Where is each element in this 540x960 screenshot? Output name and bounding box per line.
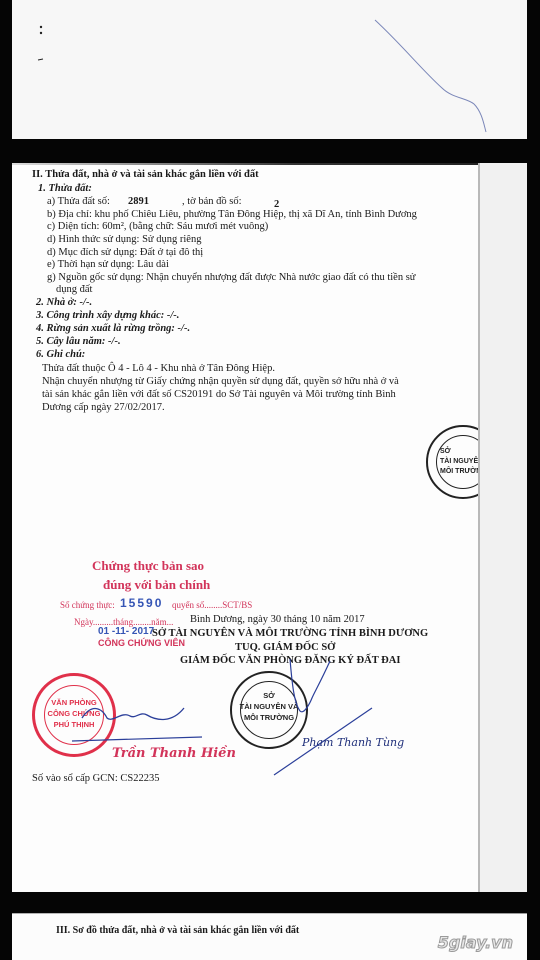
parcel-number-label: a) Thửa đất số: [47, 196, 110, 208]
page-fold [478, 163, 527, 892]
certification-number: 15590 [120, 597, 163, 609]
stamp-line: VĂN PHÒNG [51, 698, 96, 707]
section-2-heading: II. Thửa đất, nhà ở và tài sản khác gắn … [32, 169, 259, 181]
usage-form: d) Hình thức sử dụng: Sử dụng riêng [47, 234, 201, 246]
notary-signature-name: Trần Thanh Hiền [112, 746, 236, 761]
pen-stroke-icon [12, 0, 527, 139]
previous-page-fragment [12, 0, 527, 139]
usage-term: e) Thời hạn sử dụng: Lâu dài [47, 259, 169, 271]
notes-title: 6. Ghi chú: [36, 349, 85, 361]
note-line: Nhận chuyển nhượng từ Giấy chứng nhận qu… [42, 376, 399, 388]
notary-office-seal: VĂN PHÒNG CÔNG CHỨNG PHÚ THỊNH [32, 673, 116, 757]
usage-origin: g) Nguồn gốc sử dụng: Nhận chuyển nhượng… [47, 272, 416, 284]
fold-overlay [478, 418, 527, 508]
other-construction-item: 3. Công trình xây dựng khác: -/-. [36, 310, 179, 322]
parcel-number-value: 2891 [128, 196, 149, 208]
stamp-line: MÔI TRƯỜNG [244, 713, 294, 722]
area: c) Diện tích: 60m², (bằng chữ: Sáu mươi … [47, 221, 268, 233]
forest-item: 4. Rừng sản xuất là rừng trồng: -/-. [36, 323, 190, 335]
department-seal: SỞ TÀI NGUYÊN VÀ MÔI TRƯỜNG [230, 671, 308, 749]
note-line: tài sản khác gắn liền với đất số CS20191… [42, 389, 396, 401]
note-line: Thửa đất thuộc Ô 4 - Lô 4 - Khu nhà ở Tâ… [42, 363, 275, 375]
place-date: Bình Dương, ngày 30 tháng 10 năm 2017 [190, 614, 365, 626]
issuing-department: SỞ TÀI NGUYÊN VÀ MÔI TRƯỜNG TỈNH BÌNH DƯ… [152, 628, 428, 640]
usage-origin-cont: dụng đất [56, 284, 92, 296]
note-line: Dương cấp ngày 27/02/2017. [42, 402, 165, 414]
usage-purpose: d) Mục đích sử dụng: Đất ở tại đô thị [47, 247, 203, 259]
house-item: 2. Nhà ở: -/-. [36, 297, 92, 309]
page-edge-line [12, 913, 527, 914]
signer-name: Phạm Thanh Tùng [302, 736, 404, 749]
page-edge-line [12, 163, 482, 165]
tuq-director: TUQ. GIÁM ĐỐC SỞ [235, 642, 335, 654]
certificate-page: II. Thửa đất, nhà ở và tài sản khác gắn … [12, 163, 527, 892]
certification-title: Chứng thực bản sao [92, 558, 204, 573]
next-page-fragment: III. Sơ đồ thửa đất, nhà ở và tài sản kh… [12, 913, 527, 960]
address: b) Địa chỉ: khu phố Chiêu Liêu, phường T… [47, 209, 417, 221]
section-3-heading: III. Sơ đồ thửa đất, nhà ở và tài sản kh… [56, 925, 299, 937]
stamp-line: CÔNG CHỨNG [48, 709, 101, 718]
land-parcel-title: 1. Thửa đất: [38, 183, 92, 195]
office-director: GIÁM ĐỐC VĂN PHÒNG ĐĂNG KÝ ĐẤT ĐAI [180, 655, 400, 667]
map-sheet-label: , tờ bản đồ số: [182, 196, 242, 208]
certification-number-label: Số chứng thực: [60, 599, 115, 611]
registry-number: Số vào sổ cấp GCN: CS22235 [32, 773, 159, 785]
watermark-logo: 5giay.vn [438, 933, 513, 952]
stamp-line: SỞ [263, 691, 274, 700]
stamp-line: TÀI NGUYÊN VÀ [240, 702, 299, 711]
perennial-item: 5. Cây lâu năm: -/-. [36, 336, 121, 348]
stamp-line: PHÚ THỊNH [54, 720, 95, 729]
certification-book: quyển số........SCT/BS [172, 599, 252, 611]
certification-subtitle: đúng với bản chính [103, 577, 210, 592]
